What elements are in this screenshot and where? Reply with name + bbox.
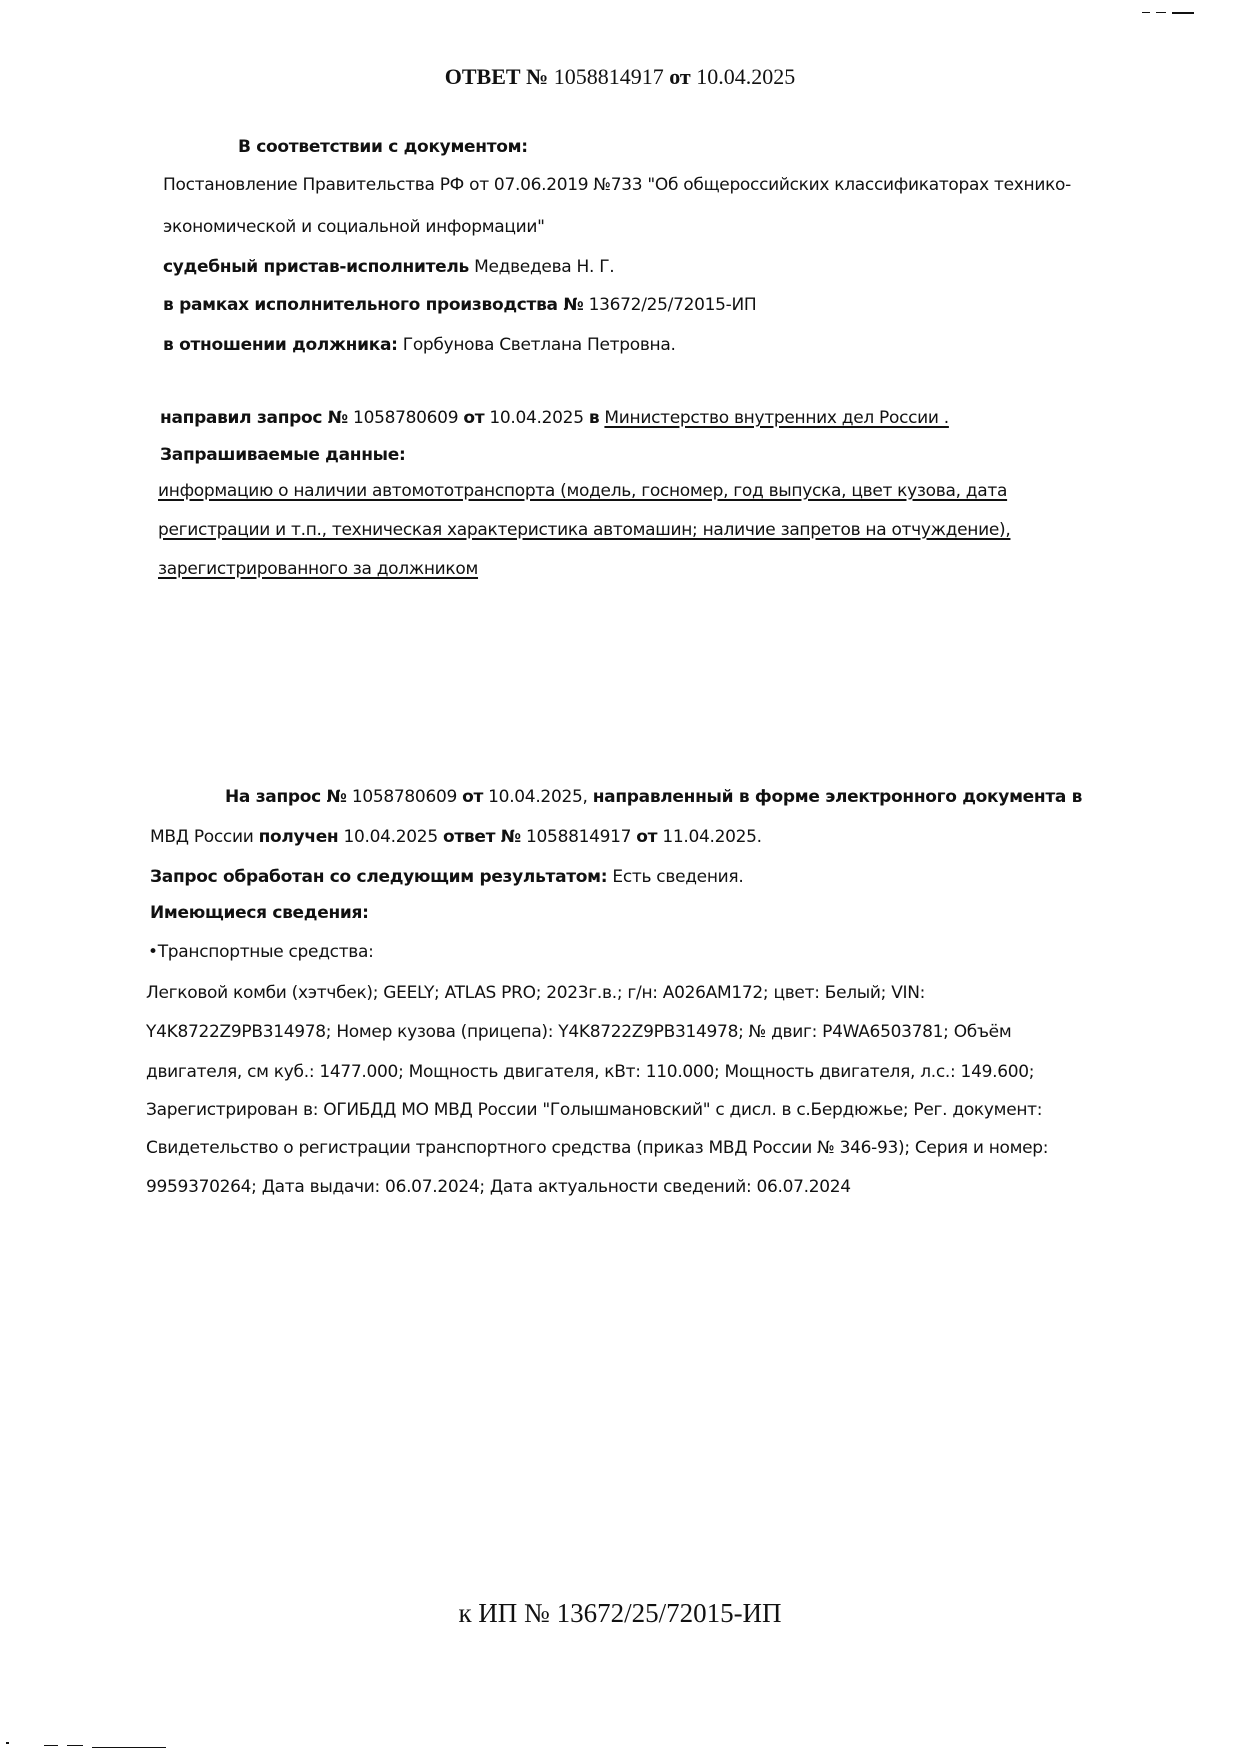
scan-artifact bbox=[1156, 12, 1166, 13]
details-line-4: Зарегистрирован в: ОГИБДД МО МВД России … bbox=[146, 1099, 1042, 1121]
document-title: ОТВЕТ № 1058814917 от 10.04.2025 bbox=[0, 64, 1240, 90]
request-from-label: от bbox=[463, 408, 484, 428]
title-date: 10.04.2025 bbox=[696, 64, 795, 89]
scan-artifact bbox=[67, 1745, 83, 1746]
response-answer-label: ответ № bbox=[443, 827, 521, 847]
title-number: 1058814917 bbox=[554, 64, 664, 89]
debtor-line: в отношении должника: Горбунова Светлана… bbox=[163, 334, 676, 356]
response-from-label: от bbox=[462, 787, 483, 807]
response-intro-label: На запрос № bbox=[225, 787, 347, 807]
result-label: Запрос обработан со следующим результато… bbox=[150, 867, 607, 887]
title-from: от bbox=[669, 64, 691, 89]
requested-line-1: информацию о наличии автомототранспорта … bbox=[158, 480, 1007, 502]
scan-artifact bbox=[44, 1745, 58, 1746]
request-to-label: в bbox=[589, 408, 599, 428]
bailiff-name: Медведева Н. Г. bbox=[474, 257, 614, 277]
response-recipient: МВД России bbox=[150, 827, 253, 847]
basis-document-line2: экономической и социальной информации" bbox=[163, 216, 545, 238]
scan-artifact bbox=[6, 1742, 9, 1744]
result-line: Запрос обработан со следующим результато… bbox=[150, 866, 743, 888]
bailiff-label: судебный пристав-исполнитель bbox=[163, 257, 469, 277]
scan-artifact bbox=[1142, 12, 1150, 13]
details-line-1: Легковой комби (хэтчбек); GEELY; ATLAS P… bbox=[146, 982, 925, 1004]
request-recipient: Министерство внутренних дел России . bbox=[604, 408, 948, 428]
response-request-number: 1058780609 bbox=[352, 787, 457, 807]
response-received-label: получен bbox=[259, 827, 339, 847]
request-sent-label: направил запрос № bbox=[160, 408, 348, 428]
bailiff-line: судебный пристав-исполнитель Медведева Н… bbox=[163, 256, 614, 278]
response-received-date: 10.04.2025 bbox=[344, 827, 438, 847]
details-line-6: 9959370264; Дата выдачи: 06.07.2024; Дат… bbox=[146, 1176, 851, 1198]
response-form-label: направленный в форме электронного докуме… bbox=[593, 787, 1082, 807]
available-heading: Имеющиеся сведения: bbox=[150, 902, 369, 924]
debtor-name: Горбунова Светлана Петровна. bbox=[403, 335, 676, 355]
proceeding-number: 13672/25/72015-ИП bbox=[589, 295, 757, 315]
response-answer-from: от bbox=[636, 827, 657, 847]
category-label: •Транспортные средства: bbox=[148, 941, 374, 963]
response-received-line: МВД России получен 10.04.2025 ответ № 10… bbox=[150, 826, 762, 848]
result-value: Есть сведения. bbox=[612, 867, 743, 887]
basis-document-line1: Постановление Правительства РФ от 07.06.… bbox=[163, 174, 1071, 196]
requested-heading: Запрашиваемые данные: bbox=[160, 444, 405, 466]
proceeding-label: в рамках исполнительного производства № bbox=[163, 295, 584, 315]
response-answer-number: 1058814917 bbox=[526, 827, 631, 847]
details-line-3: двигателя, см куб.: 1477.000; Мощность д… bbox=[146, 1061, 1034, 1083]
footer-proceeding-ref: к ИП № 13672/25/72015-ИП bbox=[0, 1598, 1240, 1629]
request-number: 1058780609 bbox=[353, 408, 458, 428]
response-answer-date: 11.04.2025. bbox=[662, 827, 761, 847]
scan-artifact bbox=[92, 1747, 166, 1748]
response-request-date: 10.04.2025, bbox=[488, 787, 587, 807]
debtor-label: в отношении должника: bbox=[163, 335, 398, 355]
scan-artifact bbox=[1172, 12, 1194, 14]
details-line-5: Свидетельство о регистрации транспортног… bbox=[146, 1137, 1048, 1159]
response-intro-line: На запрос № 1058780609 от 10.04.2025, на… bbox=[225, 786, 1082, 808]
requested-line-3: зарегистрированного за должником bbox=[158, 558, 478, 580]
basis-heading: В соответствии с документом: bbox=[238, 136, 528, 158]
title-prefix: ОТВЕТ № bbox=[445, 64, 548, 89]
request-date: 10.04.2025 bbox=[489, 408, 583, 428]
details-line-2: Y4K8722Z9PB314978; Номер кузова (прицепа… bbox=[146, 1021, 1011, 1043]
request-line: направил запрос № 1058780609 от 10.04.20… bbox=[160, 407, 949, 429]
document-page: ОТВЕТ № 1058814917 от 10.04.2025 В соотв… bbox=[0, 0, 1240, 1754]
proceeding-line: в рамках исполнительного производства № … bbox=[163, 294, 756, 316]
requested-line-2: регистрации и т.п., техническая характер… bbox=[158, 519, 1010, 541]
